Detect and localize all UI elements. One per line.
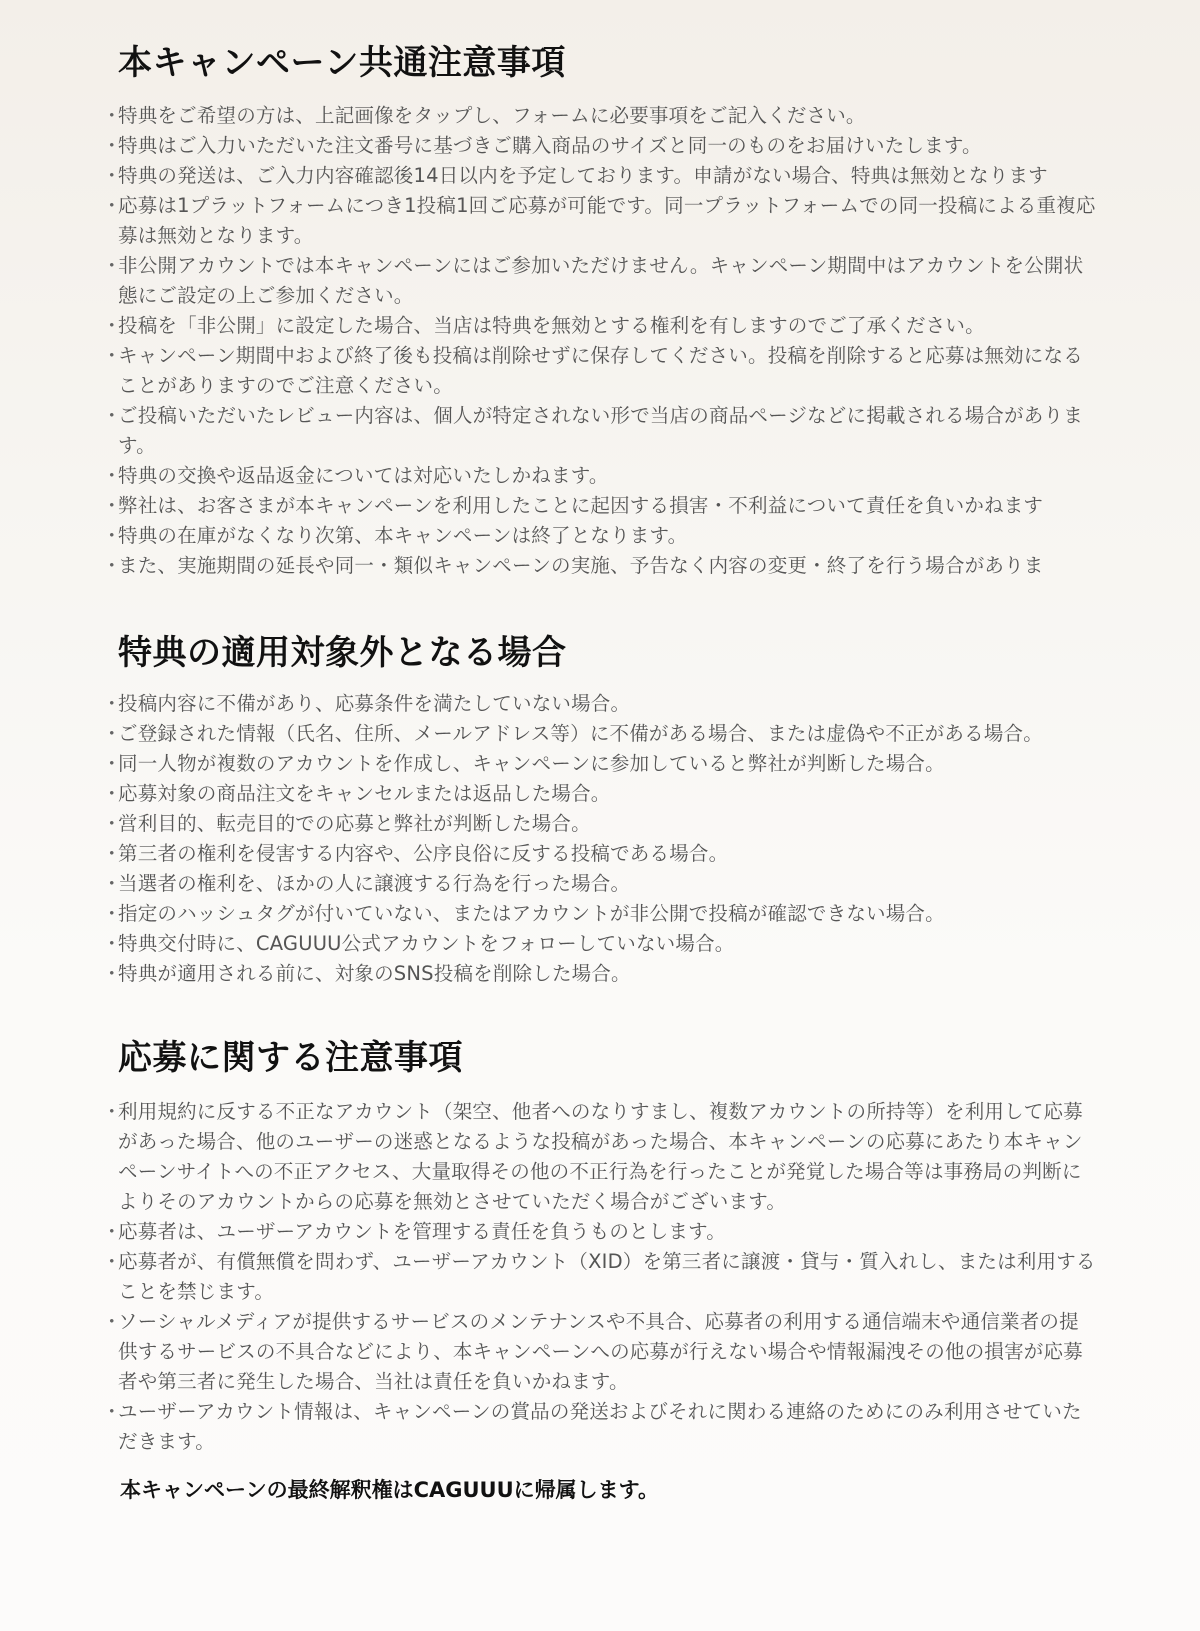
list-item: ・キャンペーン期間中および終了後も投稿は削除せずに保存してください。投稿を削除す… <box>98 341 1098 401</box>
bullet-icon: ・ <box>102 809 122 839</box>
list-item: ・指定のハッシュタグが付いていない、またはアカウントが非公開で投稿が確認できない… <box>98 899 1098 929</box>
bullet-icon: ・ <box>102 929 122 959</box>
exclusions-list: ・投稿内容に不備があり、応募条件を満たしていない場合。 ・ご登録された情報（氏名… <box>98 689 1098 989</box>
list-item: ・応募者は、ユーザーアカウントを管理する責任を負うものとします。 <box>98 1217 1098 1247</box>
list-item: ・また、実施期間の延長や同一・類似キャンペーンの実施、予告なく内容の変更・終了を… <box>98 551 1098 581</box>
bullet-icon: ・ <box>102 191 122 221</box>
list-item: ・営利目的、転売目的での応募と弊社が判断した場合。 <box>98 809 1098 839</box>
list-item: ・利用規約に反する不正なアカウント（架空、他者へのなりすまし、複数アカウントの所… <box>98 1097 1098 1217</box>
list-item: ・第三者の権利を侵害する内容や、公序良俗に反する投稿である場合。 <box>98 839 1098 869</box>
list-item: ・特典の発送は、ご入力内容確認後14日以内を予定しております。申請がない場合、特… <box>98 161 1098 191</box>
bullet-icon: ・ <box>102 779 122 809</box>
bullet-icon: ・ <box>102 869 122 899</box>
list-item: ・特典の交換や返品返金については対応いたしかねます。 <box>98 461 1098 491</box>
list-item: ・特典交付時に、CAGUUU公式アカウントをフォローしていない場合。 <box>98 929 1098 959</box>
list-item: ・ユーザーアカウント情報は、キャンペーンの賞品の発送およびそれに関わる連絡のため… <box>98 1397 1098 1457</box>
bullet-icon: ・ <box>102 131 122 161</box>
section-title-application-notes: 応募に関する注意事項 <box>118 1041 463 1075</box>
bullet-icon: ・ <box>102 959 122 989</box>
campaign-notes-page: 本キャンペーン共通注意事項 ・特典をご希望の方は、上記画像をタップし、フォームに… <box>0 0 1200 1631</box>
bullet-icon: ・ <box>102 101 122 131</box>
list-item: ・応募対象の商品注文をキャンセルまたは返品した場合。 <box>98 779 1098 809</box>
list-item: ・応募者が、有償無償を問わず、ユーザーアカウント（XID）を第三者に譲渡・貸与・… <box>98 1247 1098 1307</box>
final-interpretation-note: 本キャンペーンの最終解釈権はCAGUUUに帰属します。 <box>120 1478 659 1503</box>
bullet-icon: ・ <box>102 341 122 371</box>
application-notes-list: ・利用規約に反する不正なアカウント（架空、他者へのなりすまし、複数アカウントの所… <box>98 1097 1098 1457</box>
bullet-icon: ・ <box>102 551 122 581</box>
list-item: ・投稿を「非公開」に設定した場合、当店は特典を無効とする権利を有しますのでご了承… <box>98 311 1098 341</box>
bullet-icon: ・ <box>102 1247 122 1277</box>
bullet-icon: ・ <box>102 401 122 431</box>
list-item: ・ご登録された情報（氏名、住所、メールアドレス等）に不備がある場合、または虚偽や… <box>98 719 1098 749</box>
bullet-icon: ・ <box>102 1307 122 1337</box>
bullet-icon: ・ <box>102 461 122 491</box>
bullet-icon: ・ <box>102 251 122 281</box>
bullet-icon: ・ <box>102 521 122 551</box>
section-title-exclusions: 特典の適用対象外となる場合 <box>118 636 567 670</box>
bullet-icon: ・ <box>102 161 122 191</box>
bullet-icon: ・ <box>102 749 122 779</box>
bullet-icon: ・ <box>102 1097 122 1127</box>
section-title-common-notes: 本キャンペーン共通注意事項 <box>118 46 566 80</box>
list-item: ・ソーシャルメディアが提供するサービスのメンテナンスや不具合、応募者の利用する通… <box>98 1307 1098 1397</box>
list-item: ・非公開アカウントでは本キャンペーンにはご参加いただけません。キャンペーン期間中… <box>98 251 1098 311</box>
bullet-icon: ・ <box>102 311 122 341</box>
list-item: ・弊社は、お客さまが本キャンペーンを利用したことに起因する損害・不利益について責… <box>98 491 1098 521</box>
bullet-icon: ・ <box>102 719 122 749</box>
list-item: ・ご投稿いただいたレビュー内容は、個人が特定されない形で当店の商品ページなどに掲… <box>98 401 1098 461</box>
bullet-icon: ・ <box>102 689 122 719</box>
list-item: ・当選者の権利を、ほかの人に譲渡する行為を行った場合。 <box>98 869 1098 899</box>
list-item: ・応募は1プラットフォームにつき1投稿1回ご応募が可能です。同一プラットフォーム… <box>98 191 1098 251</box>
list-item: ・特典はご入力いただいた注文番号に基づきご購入商品のサイズと同一のものをお届けい… <box>98 131 1098 161</box>
bullet-icon: ・ <box>102 1397 122 1427</box>
list-item: ・投稿内容に不備があり、応募条件を満たしていない場合。 <box>98 689 1098 719</box>
bullet-icon: ・ <box>102 1217 122 1247</box>
list-item: ・特典が適用される前に、対象のSNS投稿を削除した場合。 <box>98 959 1098 989</box>
bullet-icon: ・ <box>102 491 122 521</box>
bullet-icon: ・ <box>102 839 122 869</box>
bullet-icon: ・ <box>102 899 122 929</box>
common-notes-list: ・特典をご希望の方は、上記画像をタップし、フォームに必要事項をご記入ください。 … <box>98 101 1098 581</box>
list-item: ・同一人物が複数のアカウントを作成し、キャンペーンに参加していると弊社が判断した… <box>98 749 1098 779</box>
list-item: ・特典をご希望の方は、上記画像をタップし、フォームに必要事項をご記入ください。 <box>98 101 1098 131</box>
list-item: ・特典の在庫がなくなり次第、本キャンペーンは終了となります。 <box>98 521 1098 551</box>
